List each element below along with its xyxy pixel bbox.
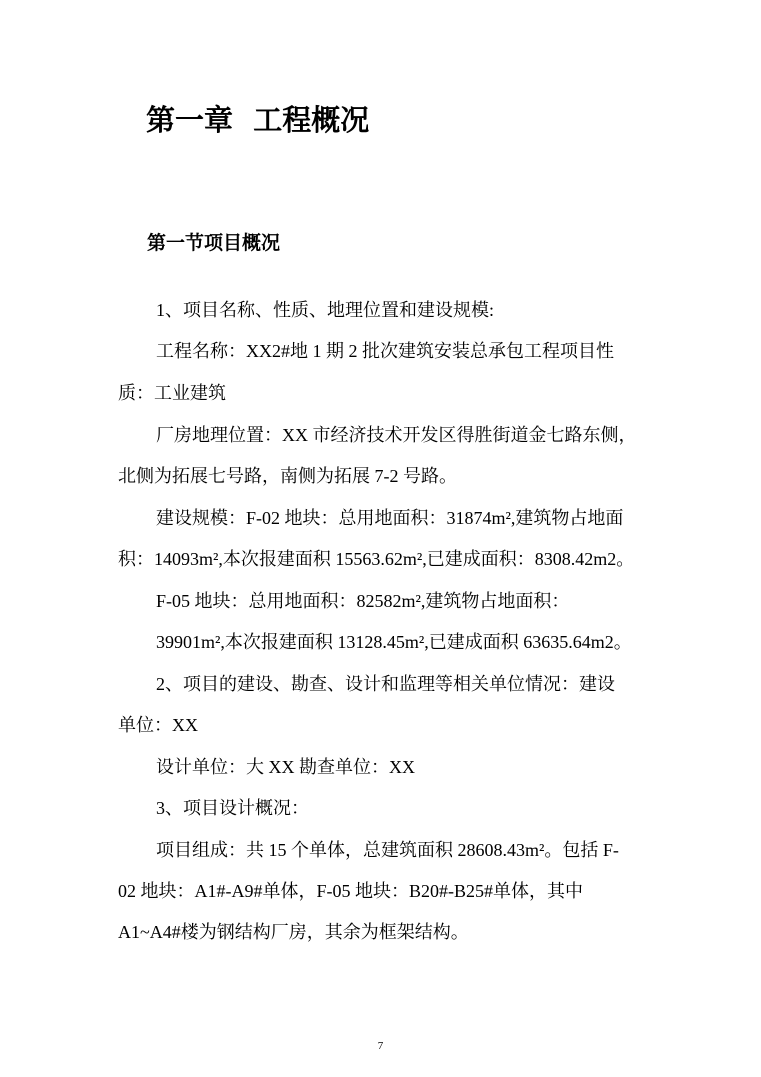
paragraph-line: 02 地块：A1#-A9#单体，F-05 地块：B20#-B25#单体，其中	[118, 879, 583, 903]
paragraph-line: 单位：XX	[118, 713, 198, 737]
section-title: 第一节项目概况	[147, 228, 280, 255]
page-number: 7	[0, 1040, 761, 1052]
paragraph-line: 设计单位：大 XX 勘查单位：XX	[156, 755, 415, 779]
paragraph-line: 工程名称：XX2#地 1 期 2 批次建筑安装总承包工程项目性	[156, 339, 614, 363]
paragraph-line: 39901m²,本次报建面积 13128.45m²,已建成面积 63635.64…	[156, 630, 632, 654]
paragraph-line: A1~A4#楼为钢结构厂房，其余为框架结构。	[118, 920, 469, 944]
paragraph-line: 项目组成：共 15 个单体，总建筑面积 28608.43m²。包括 F-	[156, 838, 619, 862]
paragraph-line: 积：14093m²,本次报建面积 15563.62m²,已建成面积：8308.4…	[118, 547, 634, 571]
chapter-title: 第一章 工程概况	[146, 98, 369, 139]
paragraph-line: 2、项目的建设、勘查、设计和监理等相关单位情况：建设	[156, 672, 615, 696]
paragraph-line: F-05 地块：总用地面积：82582m²,建筑物占地面积：	[156, 589, 569, 613]
paragraph-line: 北侧为拓展七号路，南侧为拓展 7-2 号路。	[118, 464, 457, 488]
paragraph-line: 质：工业建筑	[118, 381, 226, 405]
paragraph-line: 建设规模：F-02 地块：总用地面积：31874m²,建筑物占地面	[156, 506, 623, 530]
paragraph-line: 1、项目名称、性质、地理位置和建设规模:	[156, 298, 494, 322]
paragraph-line: 3、项目设计概况：	[156, 796, 309, 820]
paragraph-line: 厂房地理位置：XX 市经济技术开发区得胜街道金七路东侧，	[156, 423, 637, 447]
